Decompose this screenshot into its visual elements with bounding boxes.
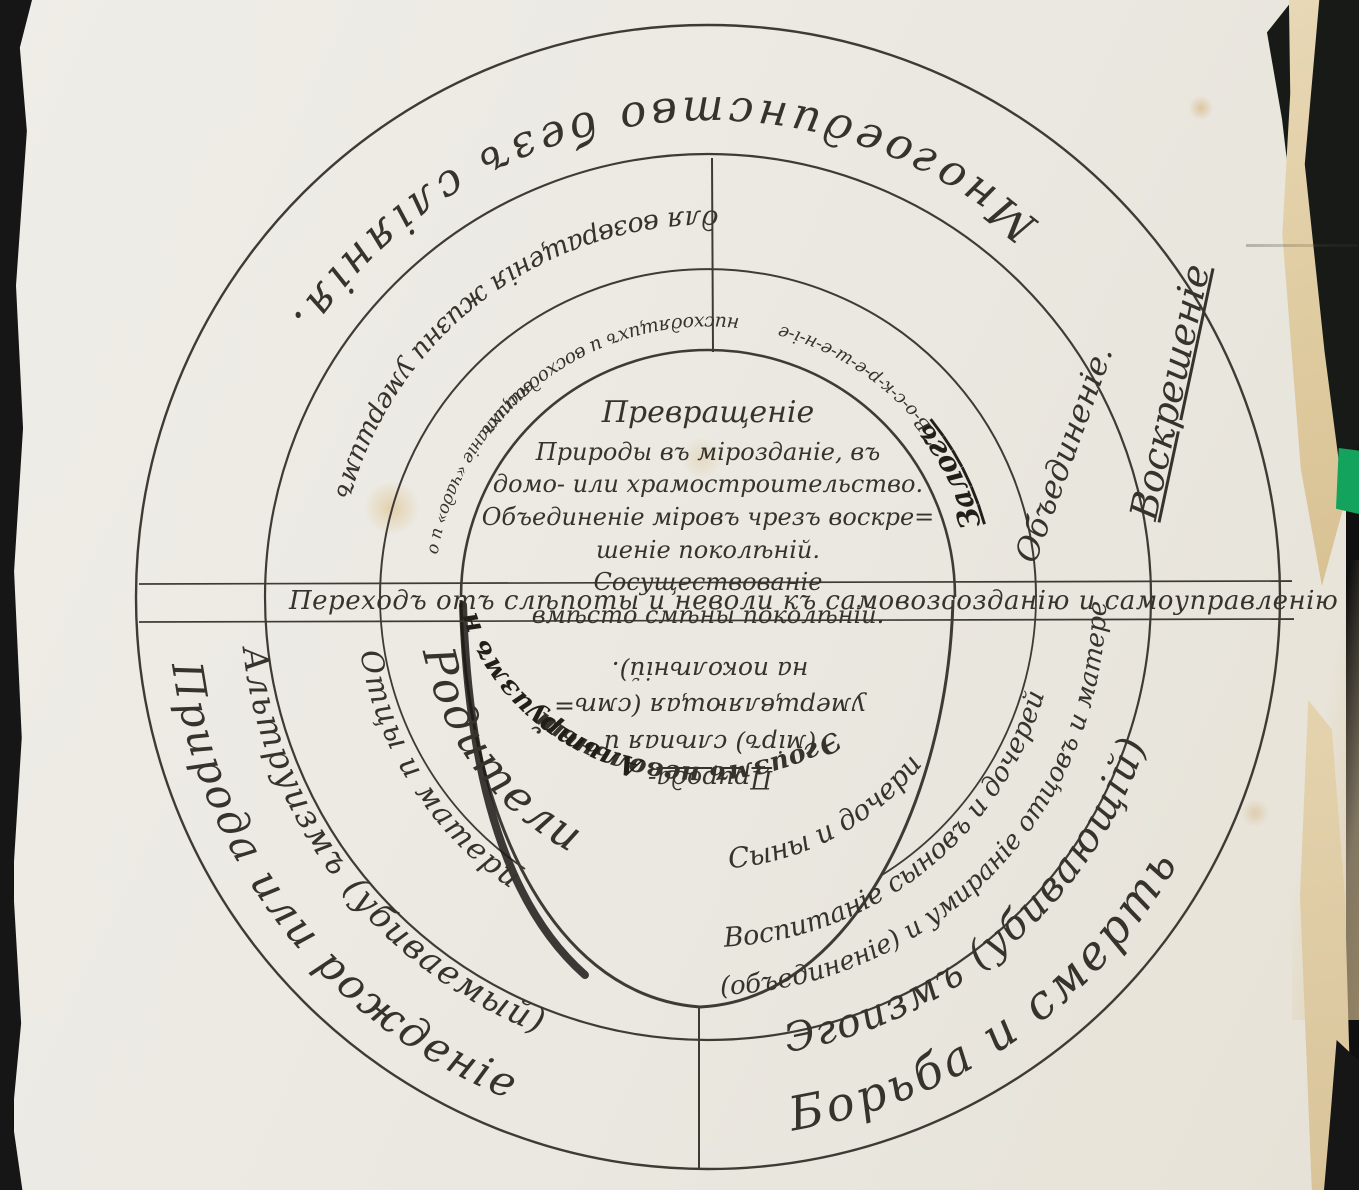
center-bottom-title-rest: - bbox=[648, 765, 656, 794]
center-top-line: домо- или храмостроительство. bbox=[478, 468, 938, 501]
center-bottom-line: на поколѣній). bbox=[520, 652, 900, 688]
center-bottom-line: (міръ) слѣпая и bbox=[520, 725, 900, 761]
center-top-line: Природы въ мірозданіе, въ bbox=[478, 436, 938, 469]
center-bottom-line: Природа- bbox=[520, 761, 900, 797]
center-top-line: Объединеніе міровъ чрезъ воскре= bbox=[478, 501, 938, 534]
center-bottom-text-inverted: Природа- (міръ) слѣпая и умерщвляющая (с… bbox=[520, 652, 900, 797]
center-top-line: Превращеніе bbox=[478, 393, 938, 434]
center-bottom-line: умерщвляющая (смѣ= bbox=[520, 688, 900, 724]
manuscript-scan: Многоединство безъ сліянія. для возвраще… bbox=[0, 0, 1359, 1190]
center-top-line: шеніе поколѣній. Сосуществованіе bbox=[478, 534, 938, 599]
center-top-line: вмѣсто смѣны поколѣній. bbox=[478, 599, 938, 632]
underlined-word-nature: Природа bbox=[656, 765, 772, 794]
center-top-text: Превращеніе Природы въ мірозданіе, въ до… bbox=[478, 393, 938, 632]
